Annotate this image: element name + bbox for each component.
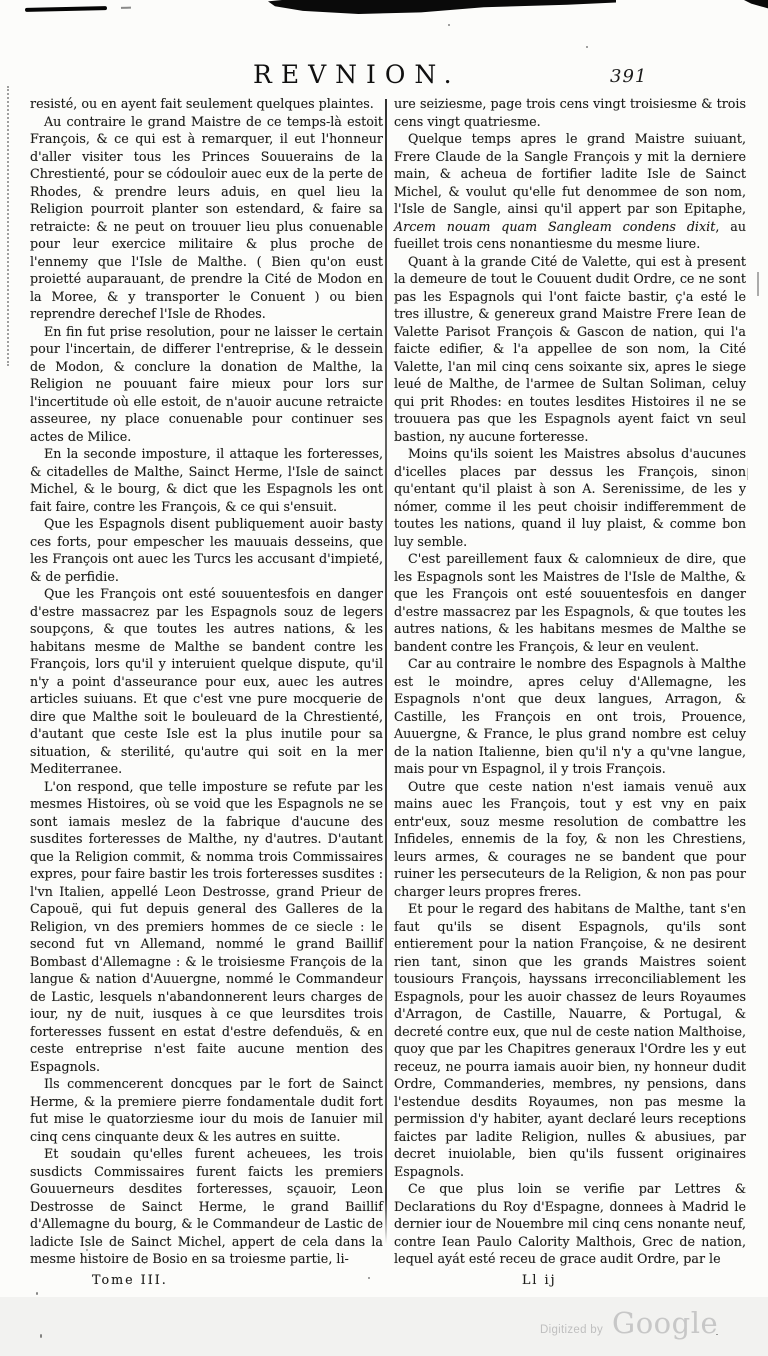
- right-text-column: ure seiziesme, page trois cens vingt tro…: [394, 95, 746, 1288]
- paragraph-text: Que les Espagnols disent publiquement au…: [30, 516, 383, 584]
- paragraph: C'est pareillement faux & calomnieux de …: [394, 550, 746, 655]
- paragraph-text: L'on respond, que telle imposture se ref…: [30, 779, 383, 1074]
- paragraph: Moins qu'ils soient les Maistres absolus…: [394, 445, 746, 550]
- paragraph-text: En fin fut prise resolution, pour ne lai…: [30, 324, 383, 444]
- page-number: 391: [610, 66, 647, 87]
- running-title: REVNION.: [253, 60, 461, 89]
- paragraph-text: Et soudain qu'elles furent acheuees, les…: [30, 1146, 383, 1266]
- scan-artifact-top-streak: [268, 0, 616, 14]
- scan-speck: [448, 24, 450, 26]
- tome-signature: Tome III.: [30, 1271, 383, 1289]
- paragraph: Au contraire le grand Maistre de ce temp…: [30, 113, 383, 323]
- paragraph-text: Quelque temps apres le grand Maistre sui…: [394, 131, 746, 216]
- paragraph-text: Et pour le regard des habitans de Malthe…: [394, 901, 746, 1179]
- paragraph: Et soudain qu'elles furent acheuees, les…: [30, 1145, 383, 1268]
- paragraph-text: Ils commencerent doncques par le fort de…: [30, 1076, 383, 1144]
- paragraph-text: resisté, ou en ayent fait seulement quel…: [30, 96, 374, 111]
- watermark-prefix: Digitized by: [540, 1324, 603, 1336]
- catchword-signature: Ll ij: [394, 1271, 746, 1289]
- paragraph: Quelque temps apres le grand Maistre sui…: [394, 130, 746, 253]
- paragraph-text: C'est pareillement faux & calomnieux de …: [394, 551, 746, 654]
- google-logo: Google: [612, 1306, 718, 1340]
- paragraph: Outre que ceste nation n'est iamais venu…: [394, 778, 746, 901]
- paragraph: Ce que plus loin se verifie par Lettres …: [394, 1180, 746, 1268]
- scan-artifact-top-right-corner: [744, 0, 768, 12]
- scan-speck: [36, 1292, 38, 1295]
- paragraph-text: En la seconde imposture, il attaque les …: [30, 446, 383, 514]
- paragraph: L'on respond, que telle imposture se ref…: [30, 778, 383, 1076]
- paragraph-text: Car au contraire le nombre des Espagnols…: [394, 656, 746, 776]
- paragraph: resisté, ou en ayent fait seulement quel…: [30, 95, 383, 113]
- text-block: resisté, ou en ayent fait seulement quel…: [30, 95, 746, 1288]
- paragraph: En fin fut prise resolution, pour ne lai…: [30, 323, 383, 446]
- paragraph: Que les Espagnols disent publiquement au…: [30, 515, 383, 585]
- paragraph-text: Outre que ceste nation n'est iamais venu…: [394, 779, 746, 899]
- paragraph: Quant à la grande Cité de Valette, qui e…: [394, 253, 746, 446]
- paragraph: ure seiziesme, page trois cens vingt tro…: [394, 95, 746, 130]
- scan-artifact-top-left-dash: [25, 6, 107, 12]
- book-page-scan: REVNION. 391 resisté, ou en ayent fait s…: [0, 0, 768, 1356]
- paragraph-text: ure seiziesme, page trois cens vingt tro…: [394, 96, 746, 129]
- paragraph-text: Que les François ont esté souuentesfois …: [30, 586, 383, 776]
- scan-speck: [586, 46, 588, 48]
- column-divider-rule: [385, 99, 387, 1244]
- left-text-column: resisté, ou en ayent fait seulement quel…: [30, 95, 383, 1288]
- paragraph: En la seconde imposture, il attaque les …: [30, 445, 383, 515]
- paragraph: Et pour le regard des habitans de Malthe…: [394, 900, 746, 1180]
- paragraph: Que les François ont esté souuentesfois …: [30, 585, 383, 778]
- google-watermark: Digitized by Google: [540, 1306, 718, 1340]
- scan-artifact-right-edge-dash: [757, 272, 759, 296]
- paragraph-text: Quant à la grande Cité de Valette, qui e…: [394, 254, 746, 444]
- paragraph: Ils commencerent doncques par le fort de…: [30, 1075, 383, 1145]
- scan-artifact-left-edge-dots: [7, 86, 9, 366]
- paragraph-text: Moins qu'ils soient les Maistres absolus…: [394, 446, 746, 549]
- paragraph-text: Ce que plus loin se verifie par Lettres …: [394, 1181, 746, 1266]
- scan-artifact-right-edge-dash: [747, 468, 748, 480]
- paragraph-text: Au contraire le grand Maistre de ce temp…: [30, 114, 383, 322]
- scan-speck: [40, 1334, 42, 1338]
- paragraph: Car au contraire le nombre des Espagnols…: [394, 655, 746, 778]
- latin-quote: Arcem nouam quam Sangleam condens dixit: [394, 219, 715, 234]
